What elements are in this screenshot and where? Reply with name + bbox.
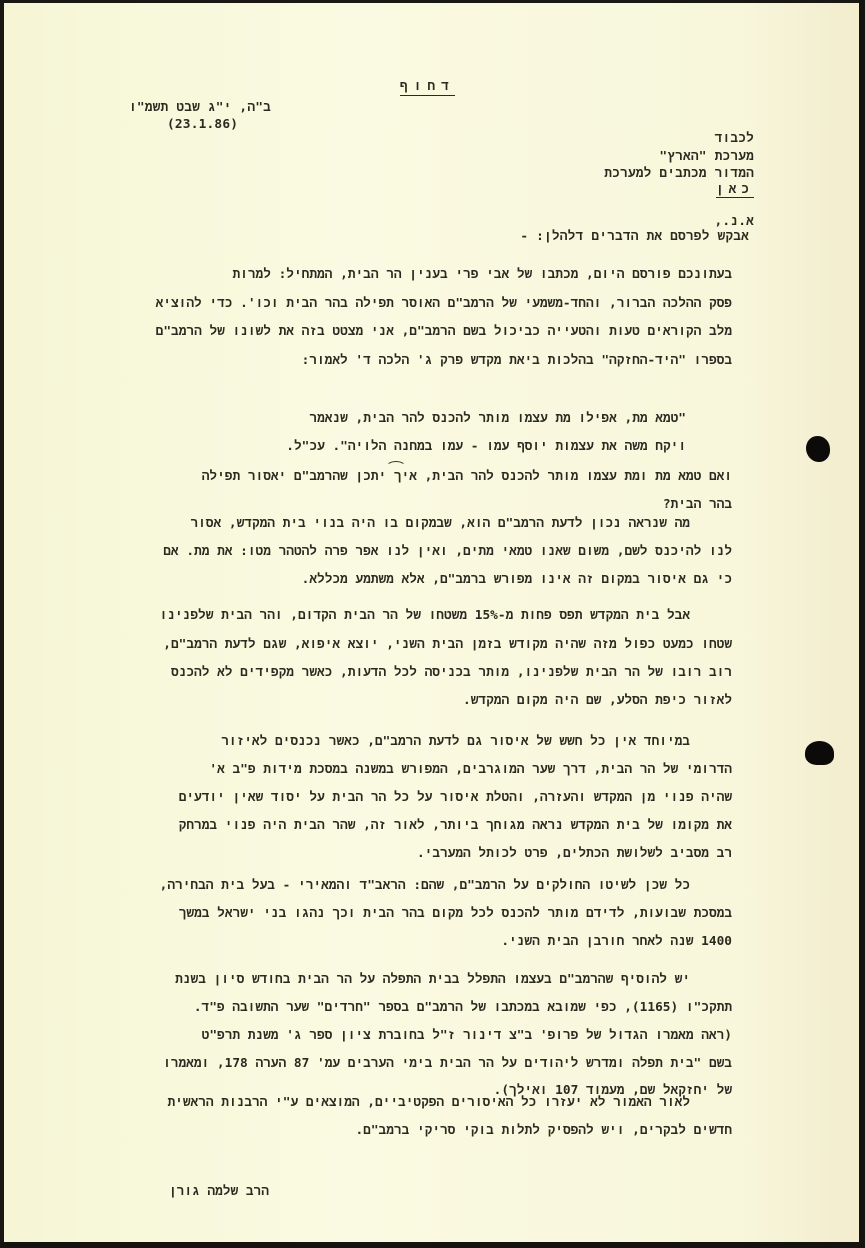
paragraph-line: תתקכ"ו (1165), כפי שמובא במכתבו של הרמב"… — [194, 1000, 732, 1015]
quote-line: "טמא מת, אפילו מת עצמו מותר להכנס להר הב… — [309, 411, 686, 426]
paragraph-line: לנו להיכנס לשם, משום שאנו טמאי מתים, ואי… — [163, 544, 732, 559]
paragraph-line: במיוחד אין כל חשש של איסור גם לדעת הרמב"… — [221, 734, 690, 749]
paragraph-line: שטחו כמעט כפול מזה שהיה מקודש בזמן הבית … — [163, 637, 732, 652]
gregorian-date: (23.1.86) — [167, 117, 238, 132]
address-line: לכבוד — [715, 131, 754, 146]
paragraph-line: חדשים לבקרים, ויש להפסיק לתלות בוקי סריק… — [355, 1123, 732, 1138]
paragraph-line: ואם טמא מת ומת עצמו מותר להכנס להר הבית,… — [202, 469, 732, 484]
paragraph-line: רוב רובו של הר הבית שלפנינו, מותר בכניסה… — [171, 665, 732, 680]
paragraph-line: בספרו "היד-החזקה" בהלכות ביאת מקדש פרק ג… — [302, 353, 732, 368]
paragraph-line: את מקומו של בית המקדש נראה מגוחך ביותר, … — [179, 818, 732, 833]
punch-hole — [806, 436, 830, 462]
paragraph-line: יש להוסיף שהרמב"ם בעצמו התפלל בבית התפלה… — [175, 972, 690, 987]
quote-line: ויקח משה את עצמות יוסף עמו - עמו במחנה ה… — [286, 439, 686, 454]
address-line: מערכת "הארץ" — [659, 149, 754, 164]
paragraph-line: בעתונכם פורסם היום, מכתבו של אבי פרי בענ… — [232, 267, 732, 282]
publish-request: אבקש לפרסם את הדברים דלהלן: - — [520, 229, 749, 244]
paragraph-line: בשם "בית תפלה ומדרש ליהודים על הר הבית ב… — [163, 1056, 732, 1071]
punch-hole — [805, 741, 834, 765]
hebrew-date: ב"ה, י"ג שבט תשמ"ו — [129, 100, 271, 115]
paragraph-line: לאור האמור לא יעזרו כל האיסורים הפקטיביי… — [168, 1095, 691, 1110]
paragraph-line: רב מסביב לשלושת הכתלים, פרט לכותל המערבי… — [417, 846, 732, 861]
scan-border-bottom — [0, 1242, 865, 1248]
address-line: המדור מכתבים למערכת — [604, 166, 754, 181]
urgent-title: דחוף — [400, 79, 455, 96]
paragraph-line: (ראה מאמרו הגדול של פרופ' ב"צ דינור ז"ל … — [202, 1028, 732, 1043]
paragraph-line: שהיה פנוי מן המקדש והעזרה, והטלת איסור ע… — [179, 790, 732, 805]
paragraph-line: לאזור כיפת הסלע, שם היה מקום המקדש. — [463, 693, 732, 708]
paragraph-line: כי גם איסור במקום זה אינו מפורש ברמב"ם, … — [302, 572, 732, 587]
letter-page: דחוף ב"ה, י"ג שבט תשמ"ו (23.1.86) לכבוד … — [4, 3, 860, 1243]
salutation: א.נ., — [715, 214, 754, 229]
signature: הרב שלמה גורן — [169, 1184, 269, 1199]
paragraph-line: 1400 שנה לאחר חורבן הבית השני. — [501, 934, 732, 949]
paragraph-line: מלב הקוראים טעות והטעייה כביכול בשם הרמב… — [156, 324, 732, 339]
paragraph-line: כל שכן לשיטו החולקים על הרמב"ם, שהם: הרא… — [160, 878, 690, 893]
scan-border-right — [859, 0, 865, 1248]
paragraph-line: בהר הבית? — [663, 497, 732, 512]
address-line-here: כאן — [716, 182, 754, 198]
paragraph-line: הדרומי של הר הבית, דרך שער המוגרבים, המפ… — [209, 762, 732, 777]
paragraph-line: במסכת שבועות, לדידם מותר להכנס לכל מקום … — [179, 906, 732, 921]
paragraph-line: פסק ההלכה הברור, והחד-משמעי של הרמב"ם הא… — [156, 296, 732, 311]
paragraph-line: אבל בית המקדש תפס פחות מ-15% משטחו של הר… — [160, 608, 690, 623]
paragraph-line: מה שנראה נכון לדעת הרמב"ם הוא, שבמקום בו… — [190, 516, 690, 531]
